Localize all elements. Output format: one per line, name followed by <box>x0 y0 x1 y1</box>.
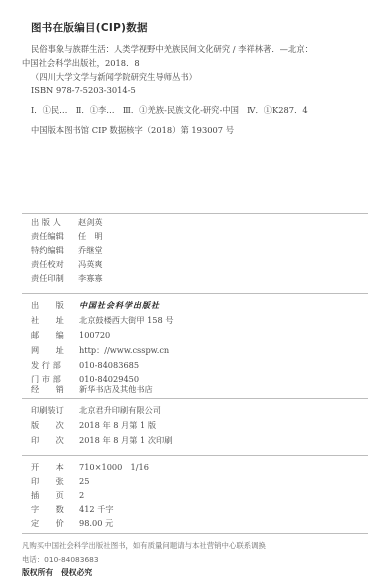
cip-heading: 图书在版编目(CIP)数据 <box>31 20 148 35</box>
cip-classification: Ⅰ．①民… Ⅱ．①李… Ⅲ．①羌族-民族文化-研究-中国 Ⅳ．①K287．4 <box>31 104 308 116</box>
staff-label: 责任印制 <box>31 273 78 284</box>
staff-value: 赵剑英 <box>78 217 103 227</box>
staff-row: 特约编辑乔继堂 <box>31 245 103 256</box>
publisher-label: 经 销 <box>31 384 79 395</box>
cip-title-line: 民俗事象与族群生活：人类学视野中羌族民间文化研究 / 李祥林著．—北京： <box>31 43 313 55</box>
spec-label: 印 张 <box>31 476 79 487</box>
printing-row: 印刷装订北京君升印刷有限公司 <box>31 405 161 416</box>
word-count: 412 千字 <box>79 504 114 514</box>
printing-label: 印 次 <box>31 435 79 446</box>
printing-row: 版 次2018 年 8 月第 1 版 <box>31 420 156 431</box>
publisher-label: 出 版 <box>31 300 79 311</box>
divider <box>22 398 368 399</box>
cip-series-line: （四川大学文学与新闻学院研究生导师丛书） <box>31 71 197 83</box>
staff-label: 责任编辑 <box>31 231 78 242</box>
staff-label: 责任校对 <box>31 259 78 270</box>
return-notice: 凡购买中国社会科学出版社图书，如有质量问题请与本社营销中心联系调换 <box>22 540 266 551</box>
staff-value: 乔继堂 <box>78 245 103 255</box>
printing-label: 版 次 <box>31 420 79 431</box>
staff-row: 责任印制李寡寡 <box>31 273 103 284</box>
spec-label: 定 价 <box>31 518 79 529</box>
staff-value: 冯英爽 <box>78 259 103 269</box>
format: 710×1000 1/16 <box>79 462 149 472</box>
publisher-label: 发 行 部 <box>31 360 79 371</box>
publisher-row: 发 行 部010-84083685 <box>31 360 139 371</box>
distribution-phone: 010-84083685 <box>79 360 139 370</box>
spec-row: 插 页2 <box>31 490 84 501</box>
publisher-row: 网 址http：//www.csspw.cn <box>31 345 169 356</box>
publisher-row: 社 址北京鼓楼西大街甲 158 号 <box>31 315 174 326</box>
staff-value: 李寡寡 <box>78 273 103 283</box>
publisher-label: 网 址 <box>31 345 79 356</box>
publisher-row: 邮 编100720 <box>31 330 110 341</box>
printing-row: 印 次2018 年 8 月第 1 次印刷 <box>31 435 172 446</box>
divider <box>22 455 368 456</box>
service-phone: 电话：010-84083683 <box>22 554 99 565</box>
publisher-postcode: 100720 <box>79 330 110 340</box>
spec-row: 开 本710×1000 1/16 <box>31 462 149 473</box>
publisher-address: 北京鼓楼西大街甲 158 号 <box>79 315 174 325</box>
copyright-page: 图书在版编目(CIP)数据 民俗事象与族群生活：人类学视野中羌族民间文化研究 /… <box>0 0 375 588</box>
divider <box>22 533 368 534</box>
impression: 2018 年 8 月第 1 次印刷 <box>79 435 172 445</box>
publisher-row: 经 销新华书店及其他书店 <box>31 384 153 395</box>
staff-value: 任 明 <box>78 231 103 241</box>
printer: 北京君升印刷有限公司 <box>79 405 161 415</box>
publisher-label: 社 址 <box>31 315 79 326</box>
spec-row: 印 张25 <box>31 476 89 487</box>
publisher-website-link[interactable]: http：//www.csspw.cn <box>79 345 169 355</box>
spec-label: 字 数 <box>31 504 79 515</box>
spec-label: 插 页 <box>31 490 79 501</box>
price: 98.00 元 <box>79 518 113 528</box>
spec-row: 字 数412 千字 <box>31 504 114 515</box>
staff-row: 责任编辑任 明 <box>31 231 103 242</box>
staff-label: 出 版 人 <box>31 217 78 228</box>
publisher-row: 出 版中国社会科学出版社 <box>31 300 160 311</box>
publisher-logo: 中国社会科学出版社 <box>79 300 160 310</box>
divider <box>22 213 368 214</box>
spec-row: 定 价98.00 元 <box>31 518 113 529</box>
staff-row: 出 版 人赵剑英 <box>31 217 103 228</box>
distributor: 新华书店及其他书店 <box>79 384 153 394</box>
inserts: 2 <box>79 490 84 500</box>
staff-row: 责任校对冯英爽 <box>31 259 103 270</box>
cip-catalog-number: 中国版本图书馆 CIP 数据核字（2018）第 193007 号 <box>31 124 234 136</box>
cip-publisher-line: 中国社会科学出版社，2018．8 <box>22 57 140 69</box>
edition: 2018 年 8 月第 1 版 <box>79 420 156 430</box>
spec-label: 开 本 <box>31 462 79 473</box>
divider <box>22 293 368 294</box>
printing-label: 印刷装订 <box>31 405 79 416</box>
copyright-notice: 版权所有 侵权必究 <box>22 567 92 578</box>
cip-isbn: ISBN 978-7-5203-3014-5 <box>31 85 136 95</box>
staff-label: 特约编辑 <box>31 245 78 256</box>
retail-phone: 010-84029450 <box>79 374 139 384</box>
publisher-label: 邮 编 <box>31 330 79 341</box>
printed-sheets: 25 <box>79 476 89 486</box>
